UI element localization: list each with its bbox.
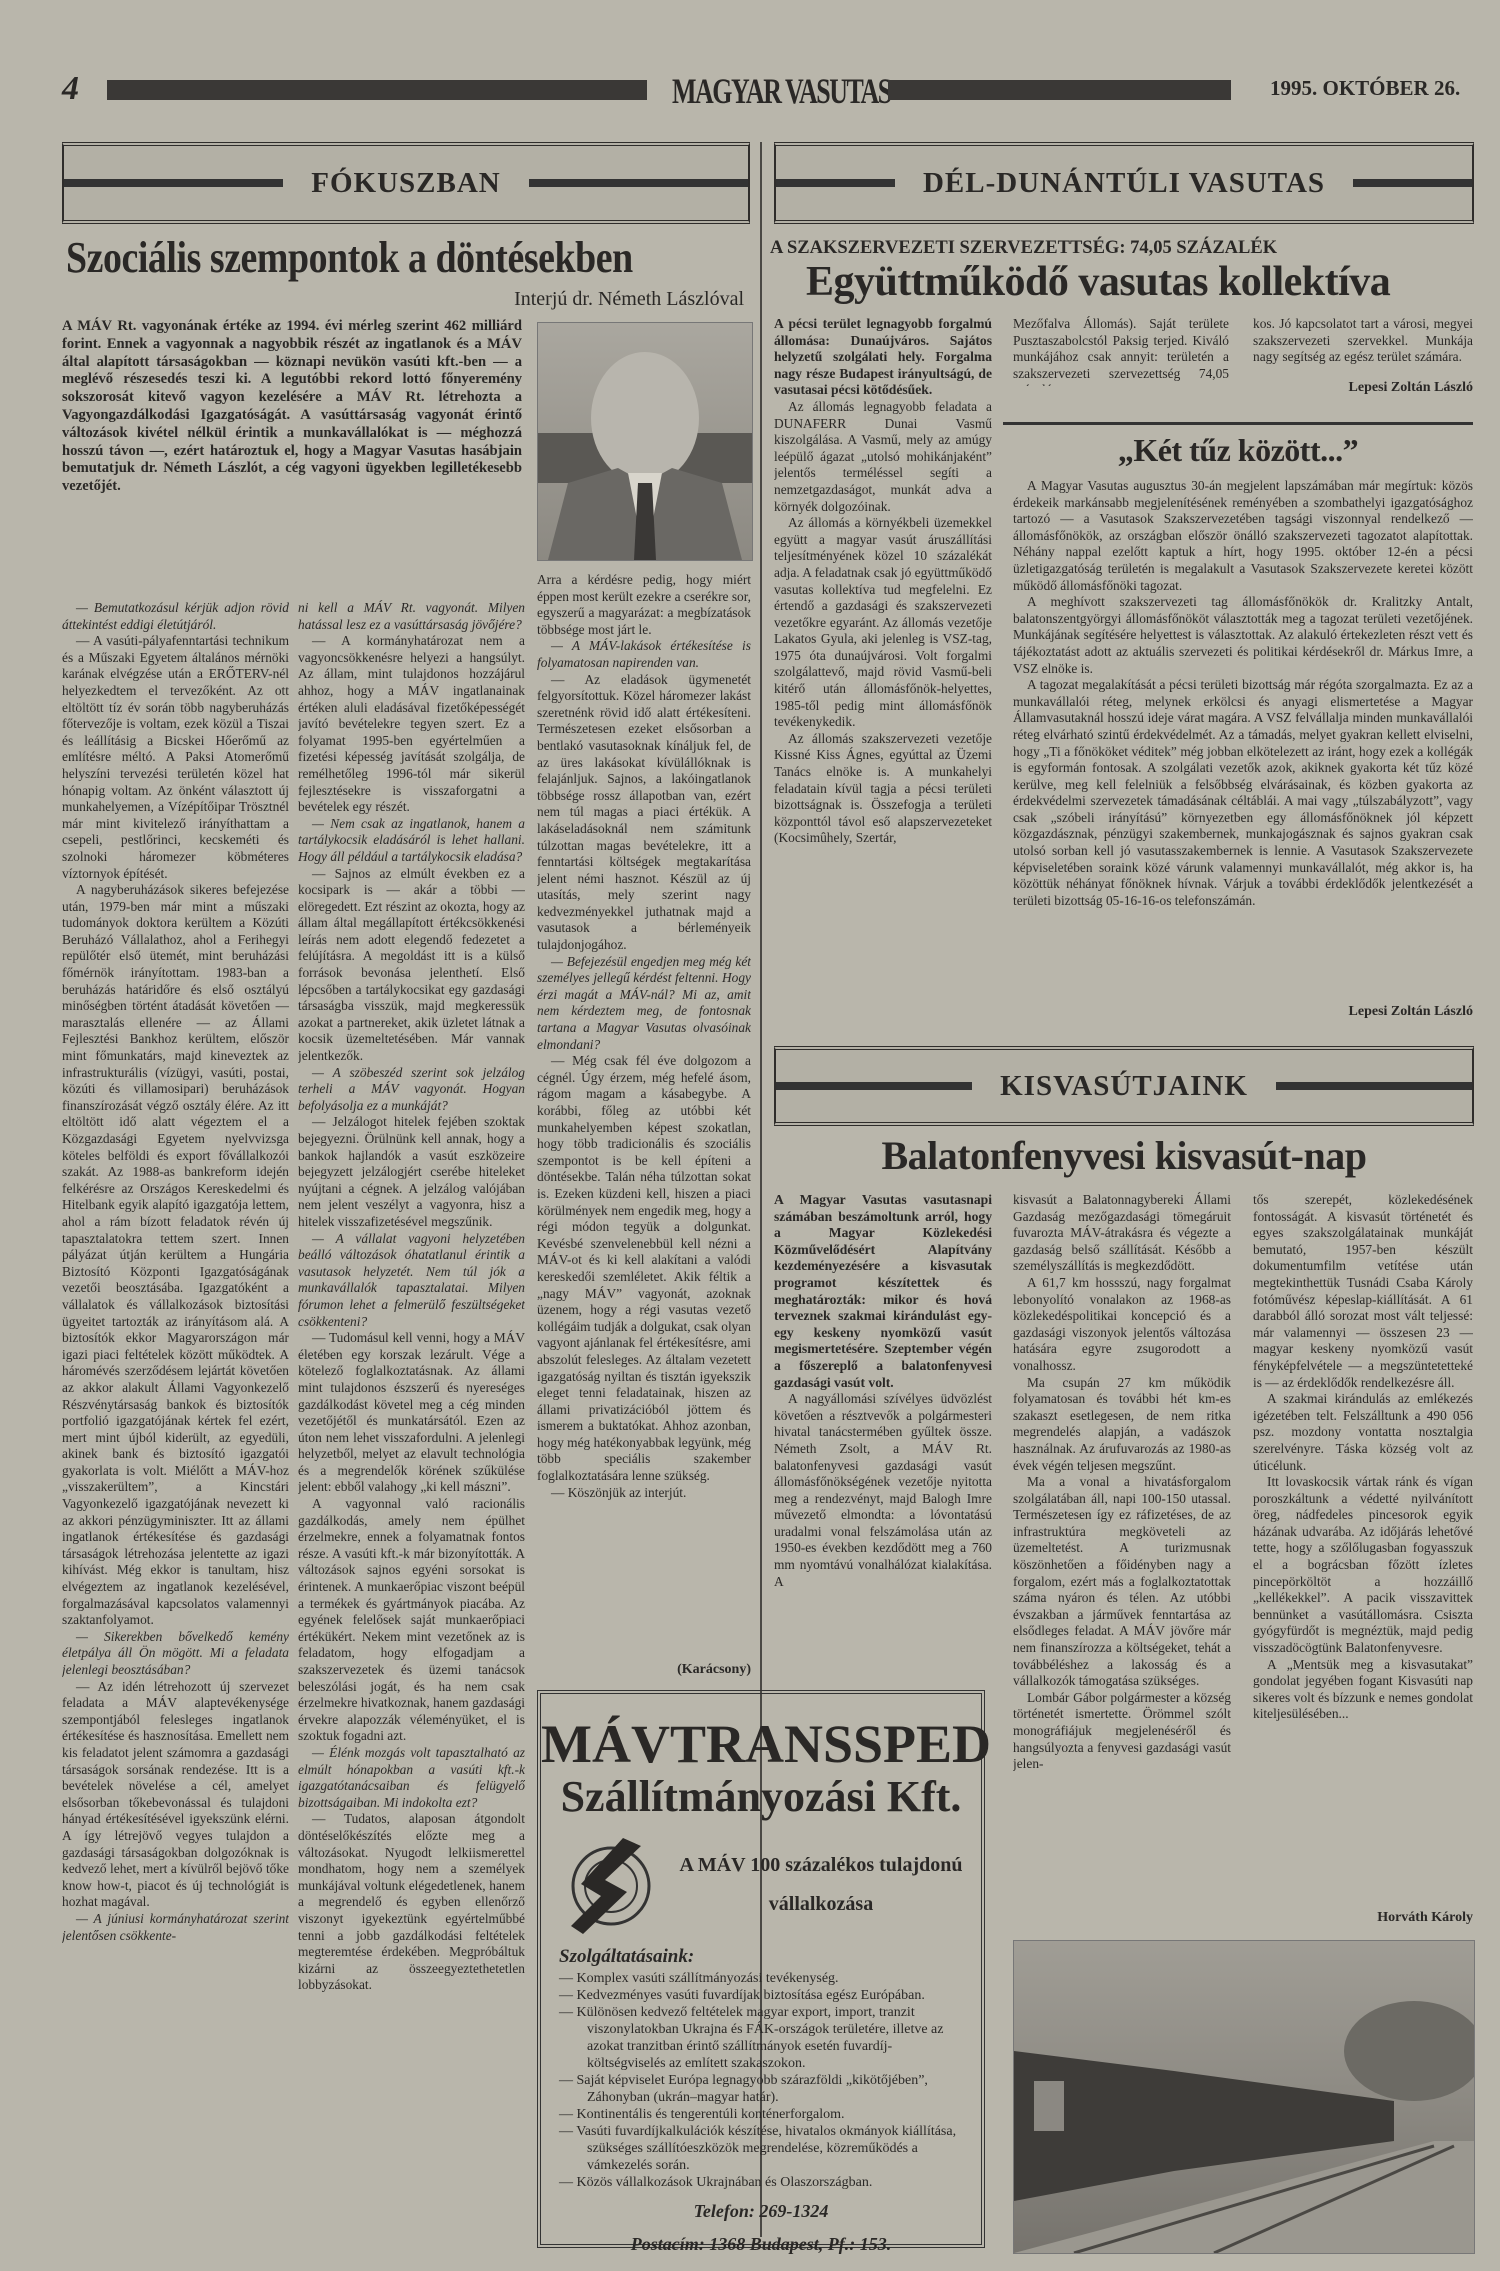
answer: — Köszönjük az interjút. — [537, 1485, 751, 1502]
masthead-bar-right — [888, 80, 1231, 100]
answer: — A kormányhatározat nem a vagyoncsökken… — [298, 633, 525, 816]
portrait-illustration — [538, 323, 752, 560]
ad-subtitle: Szállítmányozási Kft. — [541, 1772, 981, 1822]
article-kicker: A SZAKSZERVEZETI SZERVEZETTSÉG: 74,05 SZ… — [770, 238, 1277, 259]
newspaper-title: MAGYAR VASUTAS — [672, 70, 891, 112]
banner-rule — [776, 1082, 972, 1090]
masthead-bar-left — [107, 80, 647, 100]
paragraph: kisvasút a Balatonnagybereki Állami Gazd… — [1013, 1192, 1231, 1275]
kisvasut-column-2: kisvasút a Balatonnagybereki Állami Gazd… — [1013, 1192, 1231, 1912]
question: — Élénk mozgás volt tapasztalható az elm… — [298, 1745, 525, 1811]
kisvasut-column-1: A Magyar Vasutas vasutasnapi számában be… — [774, 1192, 992, 1672]
answer: — A vasúti-pályafenntartási technikum és… — [62, 633, 289, 882]
answer: Arra a kérdésre pedig, hogy miért éppen … — [537, 572, 751, 638]
paragraph: Mezőfalva Állomás). Saját területe Puszt… — [1013, 316, 1229, 386]
paragraph: Az állomás legnagyobb feladata a DUNAFER… — [774, 399, 992, 515]
question: — Nem csak az ingatlanok, hanem a tartál… — [298, 816, 525, 866]
question: — A vállalat vagyoni helyzetében beálló … — [298, 1231, 525, 1331]
service-item: Különösen kedvező feltételek magyar expo… — [559, 2004, 963, 2072]
article-lead: A MÁV Rt. vagyonának értéke az 1994. évi… — [62, 318, 522, 496]
ad-tagline-2: vállalkozása — [661, 1893, 981, 1916]
question: — Sikerekben bővelkedő kemény életpálya … — [62, 1629, 289, 1679]
paragraph: A szakmai kirándulás az emlékezés igézet… — [1253, 1391, 1473, 1474]
box-headline: „Két tűz között...” — [1003, 432, 1473, 469]
paragraph: A tagozat megalakítását a pécsi területi… — [1013, 677, 1473, 909]
answer: — Még csak fél éve dolgozom a cégnél. Úg… — [537, 1053, 751, 1484]
banner-rule — [776, 179, 895, 187]
paragraph: Lombár Gábor polgármester a község törté… — [1013, 1690, 1231, 1773]
page-number: 4 — [62, 70, 79, 108]
ad-title: MÁVTRANSSPED — [541, 1716, 981, 1772]
question: — A MÁV-lakások értékesítése is folyamat… — [537, 638, 751, 671]
interview-column-2: ni kell a MÁV Rt. vagyonát. Milyen hatás… — [298, 600, 525, 2260]
train-photo — [1013, 1940, 1475, 2254]
paragraph: tős szerepét, közlekedésének fontosságát… — [1253, 1192, 1473, 1391]
article-subhead: Interjú dr. Németh Lászlóval — [312, 288, 744, 311]
banner-rule — [1353, 179, 1472, 187]
paragraph: kos. Jó kapcsolatot tart a városi, megye… — [1253, 316, 1473, 366]
question: — Bemutatkozásul kérjük adjon rövid átte… — [62, 600, 289, 633]
question: — A júniusi kormányhatározat szerint jel… — [62, 1911, 289, 1944]
paragraph: A Magyar Vasutas augusztus 30-án megjele… — [1013, 478, 1473, 594]
answer: — Az eladások ügymenetét felgyorsítottuk… — [537, 672, 751, 954]
answer: A nagyberuházások sikeres befejezése utá… — [62, 882, 289, 1629]
answer: — Tudomásul kell venni, hogy a MÁV életé… — [298, 1330, 525, 1496]
article-byline: Lepesi Zoltán László — [1253, 380, 1473, 396]
box-top-rule — [1003, 422, 1473, 425]
services-label: Szolgáltatásaink: — [559, 1946, 981, 1968]
section-banner-kisvasutjaink: KISVASÚTJAINK — [774, 1046, 1474, 1126]
section-label: FÓKUSZBAN — [283, 167, 528, 200]
banner-rule — [1276, 1082, 1472, 1090]
paragraph: Ma a vonal a hivatásforgalom szolgálatáb… — [1013, 1474, 1231, 1690]
union-column-3: kos. Jó kapcsolatot tart a városi, megye… — [1253, 316, 1473, 376]
section-banner-del-dunantuli: DÉL-DUNÁNTÚLI VASUTAS — [774, 142, 1474, 224]
services-list: Komplex vasúti szállítmányozási tevékeny… — [559, 1970, 963, 2191]
article-byline: Horváth Károly — [1253, 1910, 1473, 1926]
section-label: KISVASÚTJAINK — [972, 1070, 1276, 1103]
interview-column-3: Arra a kérdésre pedig, hogy miért éppen … — [537, 572, 751, 1662]
train-illustration — [1014, 1941, 1474, 2253]
answer: — Tudatos, alaposan átgondolt döntéselők… — [298, 1811, 525, 1994]
article-lead: A pécsi terület legnagyobb forgalmú állo… — [774, 316, 992, 399]
union-column-1: A pécsi terület legnagyobb forgalmú állo… — [774, 316, 992, 1028]
ad-address: Postacím: 1368 Budapest, Pf.: 153. — [541, 2234, 981, 2255]
kisvasut-column-3: tős szerepét, közlekedésének fontosságát… — [1253, 1192, 1473, 1912]
banner-rule — [529, 179, 748, 187]
answer: — Jelzálogot hitelek fejében szoktak bej… — [298, 1114, 525, 1230]
paragraph: A 61,7 km hossszú, nagy forgalmat lebony… — [1013, 1275, 1231, 1375]
question: — Befejezésül engedjen meg még két szemé… — [537, 954, 751, 1054]
box-byline: Lepesi Zoltán László — [1013, 1004, 1473, 1020]
paragraph: A meghívott szakszervezeti tag állomásfő… — [1013, 594, 1473, 677]
issue-date: 1995. OKTÓBER 26. — [1270, 76, 1460, 101]
mavtranssped-logo-icon — [561, 1830, 661, 1940]
section-label: DÉL-DUNÁNTÚLI VASUTAS — [895, 167, 1353, 200]
paragraph: Az állomás szakszervezeti vezetője Kissn… — [774, 731, 992, 847]
paragraph: Ma csupán 27 km működik folyamatosan és … — [1013, 1375, 1231, 1475]
question: — A szöbeszéd szerint sok jelzálog terhe… — [298, 1065, 525, 1115]
article-lead: A Magyar Vasutas vasutasnapi számában be… — [774, 1192, 992, 1391]
service-item: Vasúti fuvardíjkalkulációk készítése, hi… — [559, 2123, 963, 2174]
answer: — Sajnos az elmúlt években ez a kocsipar… — [298, 866, 525, 1065]
interview-column-1: — Bemutatkozásul kérjük adjon rövid átte… — [62, 600, 289, 2260]
ad-phone: Telefon: 269-1324 — [541, 2201, 981, 2222]
paragraph: A „Mentsük meg a kisvasutakat” gondolat … — [1253, 1657, 1473, 1723]
box-text: A Magyar Vasutas augusztus 30-án megjele… — [1013, 478, 1473, 1028]
service-item: Saját képviselet Európa legnagyobb szára… — [559, 2072, 963, 2106]
banner-rule — [64, 179, 283, 187]
paragraph: A nagyállomási szívélyes üdvözlést követ… — [774, 1391, 992, 1590]
paragraph: Az állomás a környékbeli üzemekkel együt… — [774, 515, 992, 731]
article-headline: Szociális szempontok a döntésekben — [66, 232, 633, 283]
union-column-2: Mezőfalva Állomás). Saját területe Puszt… — [1013, 316, 1229, 386]
service-item: Közös vállalkozások Ukrajnában és Olaszo… — [559, 2174, 963, 2191]
interviewer-signature: (Karácsony) — [537, 1662, 751, 1678]
question: ni kell a MÁV Rt. vagyonát. Milyen hatás… — [298, 600, 525, 633]
answer: A vagyonnal való racionális gazdálkodás,… — [298, 1496, 525, 1745]
service-item: Kedvezményes vasúti fuvardíjak biztosítá… — [559, 1987, 963, 2004]
service-item: Komplex vasúti szállítmányozási tevékeny… — [559, 1970, 963, 1987]
section-banner-fokuszban: FÓKUSZBAN — [62, 142, 750, 224]
article-headline: Együttműködő vasutas kollektíva — [806, 258, 1390, 306]
ad-tagline: A MÁV 100 százalékos tulajdonú — [661, 1854, 981, 1877]
answer: — Az idén létrehozott új szervezet felad… — [62, 1679, 289, 1911]
article-headline: Balatonfenyvesi kisvasút-nap — [774, 1132, 1474, 1179]
mavtranssped-advertisement: MÁVTRANSSPED Szállítmányozási Kft. A MÁV… — [537, 1690, 985, 2248]
service-item: Kontinentális és tengerentúli konténerfo… — [559, 2106, 963, 2123]
portrait-photo — [537, 322, 753, 561]
paragraph: Itt lovaskocsik vártak ránk és vígan por… — [1253, 1474, 1473, 1657]
